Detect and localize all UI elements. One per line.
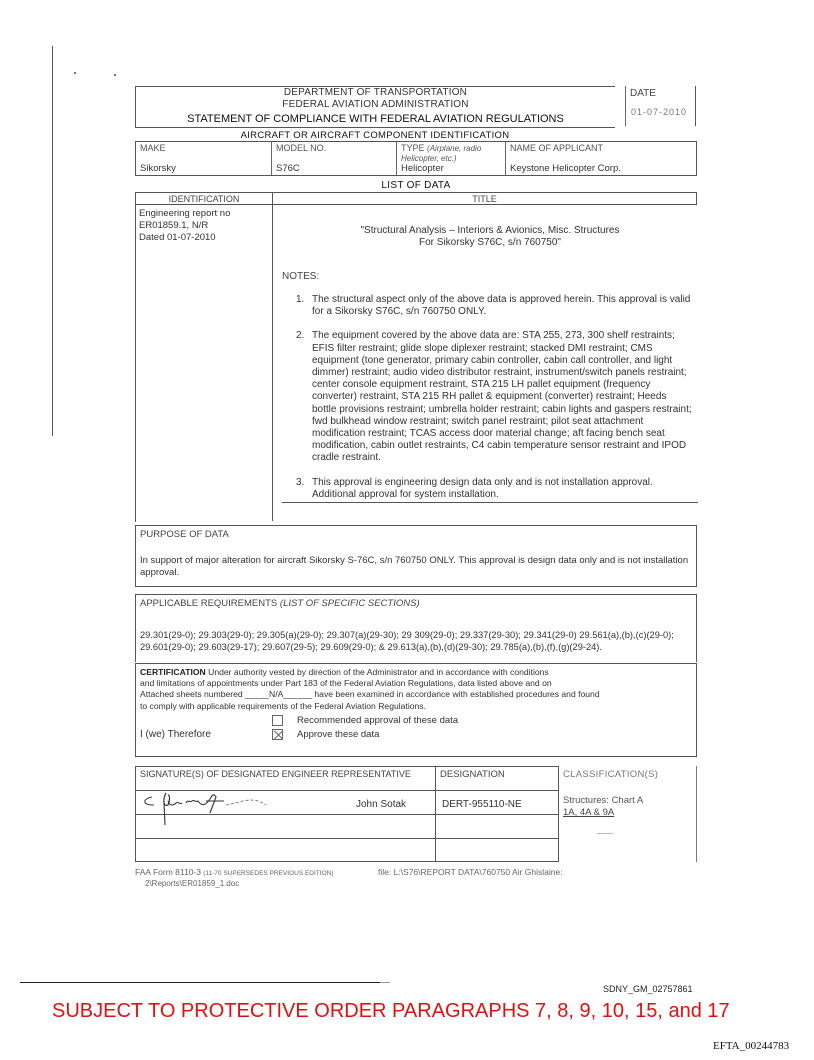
signature-table: SIGNATURE(S) OF DESIGNATED ENGINEER REPR… <box>135 766 697 862</box>
approve-checkbox-checked[interactable] <box>272 729 283 740</box>
form-title: STATEMENT OF COMPLIANCE WITH FEDERAL AVI… <box>136 112 615 126</box>
requirements-heading: APPLICABLE REQUIREMENTS (LIST OF SPECIFI… <box>140 598 692 609</box>
scan-speck <box>114 74 116 76</box>
signature-column: SIGNATURE(S) OF DESIGNATED ENGINEER REPR… <box>135 766 436 862</box>
scan-margin-line <box>52 46 53 436</box>
form-header: DEPARTMENT OF TRANSPORTATION FEDERAL AVI… <box>135 86 615 128</box>
recommend-option: Recommended approval of these data <box>140 714 692 727</box>
efta-number: EFTA_00244783 <box>713 1040 789 1052</box>
designation-column: DESIGNATION DERT-955110-NE <box>436 766 559 862</box>
divider <box>20 982 380 983</box>
signature-heading: SIGNATURE(S) OF DESIGNATED ENGINEER REPR… <box>136 767 435 791</box>
cert-line: CERTIFICATION Under authority vested by … <box>140 667 692 678</box>
document-title: "Structural Analysis – Interiors & Avion… <box>282 225 698 249</box>
scan-speck <box>74 72 76 74</box>
approve-option: I (we) Therefore Approve these data <box>140 728 692 741</box>
signature-row: John Sotak <box>136 791 435 815</box>
divider <box>380 982 390 983</box>
applicant-cell: NAME OF APPLICANT Keystone Helicopter Co… <box>506 142 696 175</box>
header-agency: FEDERAL AVIATION ADMINISTRATION <box>136 99 615 111</box>
applicant-value: Keystone Helicopter Corp. <box>510 163 621 174</box>
classification-value: Structures: Chart A 1A, 4A & 9A <box>559 791 696 819</box>
signature-row <box>136 839 435 863</box>
therefore-label: I (we) Therefore <box>140 729 272 740</box>
cert-line: to comply with applicable requirements o… <box>140 701 692 712</box>
purpose-text: In support of major alteration for aircr… <box>140 555 692 579</box>
cert-line: Attached sheets numbered _____N/A______ … <box>140 689 692 700</box>
model-label: MODEL NO. <box>276 143 392 153</box>
make-label: MAKE <box>140 143 267 153</box>
form-id: FAA Form 8110-3 <box>135 867 201 877</box>
list-of-data-table: IDENTIFICATION TITLE Engineering report … <box>135 192 697 522</box>
ident-line: ER01859.1, N/R <box>139 220 269 232</box>
file-path-line1: file: L:\S76\REPORT DATA\760750 Air Ghis… <box>378 867 563 877</box>
classification-heading: CLASSIFICATION(S) <box>559 766 696 783</box>
form-footer: FAA Form 8110-3 (11-70 SUPERSEDES PREVIO… <box>135 867 334 889</box>
ident-line: Engineering report no <box>139 208 269 220</box>
notes-label: NOTES: <box>282 271 698 282</box>
note-item: 3. This approval is engineering design d… <box>282 477 698 503</box>
purpose-heading: PURPOSE OF DATA <box>140 529 692 540</box>
list-header-row: IDENTIFICATION TITLE <box>136 192 697 205</box>
applicant-label: NAME OF APPLICANT <box>510 143 692 153</box>
engineer-name: John Sotak <box>356 799 406 810</box>
file-path-line2: 2\Reports\ER01859_1.doc <box>135 879 334 889</box>
certification-section: CERTIFICATION Under authority vested by … <box>135 663 697 757</box>
protective-order-notice: SUBJECT TO PROTECTIVE ORDER PARAGRAPHS 7… <box>52 1000 730 1023</box>
designation-row: DERT-955110-NE <box>436 791 558 815</box>
designation-row <box>436 839 558 863</box>
form-edition-note: (11-70 SUPERSEDES PREVIOUS EDITION) <box>203 870 333 877</box>
type-cell: TYPE (Airplane, radio Helicopter, etc.) … <box>397 142 506 175</box>
list-body: Engineering report no ER01859.1, N/R Dat… <box>136 205 697 521</box>
identification-table: MAKE Sikorsky MODEL NO. S76C TYPE (Airpl… <box>135 141 697 176</box>
make-cell: MAKE Sikorsky <box>136 142 272 175</box>
title-column: "Structural Analysis – Interiors & Avion… <box>274 205 698 503</box>
model-cell: MODEL NO. S76C <box>272 142 397 175</box>
header-department: DEPARTMENT OF TRANSPORTATION <box>136 87 615 99</box>
recommend-checkbox[interactable] <box>272 715 283 726</box>
recommend-label: Recommended approval of these data <box>297 715 458 726</box>
ident-line: Dated 01-07-2010 <box>139 232 269 244</box>
attached-sheets-value: _____N/A______ <box>245 689 312 699</box>
signature-row <box>136 815 435 839</box>
date-box: DATE 01-07-2010 <box>625 86 696 126</box>
make-value: Sikorsky <box>140 163 176 174</box>
designation-heading: DESIGNATION <box>436 767 558 791</box>
scan-speck <box>597 833 613 834</box>
identification-text: Engineering report no ER01859.1, N/R Dat… <box>136 205 273 521</box>
designation-value: DERT-955110-NE <box>442 799 522 810</box>
cert-line: and limitations of appointments under Pa… <box>140 678 692 689</box>
date-label: DATE <box>626 86 695 101</box>
bates-number: SDNY_GM_02757861 <box>603 984 693 994</box>
requirements-section: APPLICABLE REQUIREMENTS (LIST OF SPECIFI… <box>135 594 697 662</box>
col-identification: IDENTIFICATION <box>136 193 273 204</box>
designation-row <box>436 815 558 839</box>
col-title: TITLE <box>273 193 696 204</box>
type-value: Helicopter <box>401 163 444 174</box>
note-item: 2. The equipment covered by the above da… <box>282 330 698 464</box>
list-of-data-heading: LIST OF DATA <box>135 180 697 191</box>
note-item: 1. The structural aspect only of the abo… <box>282 294 698 318</box>
type-label: TYPE (Airplane, radio Helicopter, etc.) <box>401 143 501 163</box>
identification-heading: AIRCRAFT OR AIRCRAFT COMPONENT IDENTIFIC… <box>135 130 615 141</box>
model-value: S76C <box>276 163 300 174</box>
date-value: 01-07-2010 <box>626 107 695 117</box>
purpose-section: PURPOSE OF DATA In support of major alte… <box>135 525 697 587</box>
classification-column: CLASSIFICATION(S) Structures: Chart A 1A… <box>559 766 697 862</box>
approve-label: Approve these data <box>297 729 379 740</box>
requirements-text: 29.301(29-0); 29.303(29-0); 29.305(a)(29… <box>140 630 692 653</box>
